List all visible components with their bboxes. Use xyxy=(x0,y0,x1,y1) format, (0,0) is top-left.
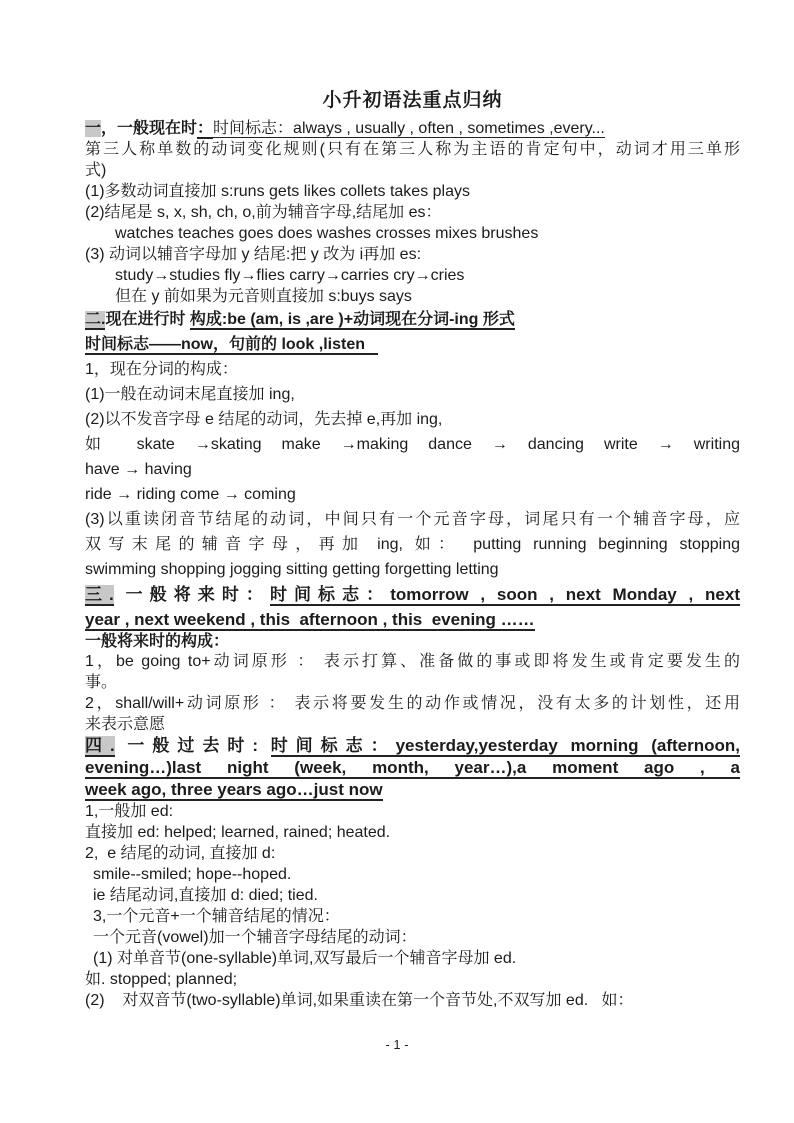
text-segment: evening…)last night (week, month, year…)… xyxy=(85,758,740,779)
text-segment: 事。 xyxy=(85,674,117,691)
text-segment: 如. stopped; planned; xyxy=(85,971,237,988)
document-line: 2, e 结尾的动词, 直接加 d: xyxy=(85,843,740,864)
page-number: - 1 - xyxy=(385,1037,408,1052)
document-line: (1)一般在动词末尾直接加 ing, xyxy=(85,382,740,407)
document-line: 一，一般现在时：时间标志：always , usually , often , … xyxy=(85,118,740,139)
text-segment: (1)一般在动词末尾直接加 ing, xyxy=(85,386,295,403)
document-page: 小升初语法重点归纳 一，一般现在时：时间标志：always , usually … xyxy=(0,0,794,1123)
page-footer: - 1 - xyxy=(0,1036,794,1054)
document-line: year , next weekend , this afternoon , t… xyxy=(85,607,740,632)
text-segment: 一 xyxy=(85,120,101,137)
text-segment: 时间标志：yesterday,yesterday morning (aftern… xyxy=(271,736,740,757)
text-segment: 1，be going to+动词原形 ： 表示打算、准备做的事或即将发生或肯定要… xyxy=(85,653,740,670)
text-segment: 如 skate →skating make →making dance → da… xyxy=(85,436,740,453)
document-line: (2) 对双音节(two-syllable)单词,如果重读在第一个音节处,不双写… xyxy=(85,990,740,1011)
text-segment: ride → riding come → coming xyxy=(85,486,296,503)
document-line: (2)以不发音字母 e 结尾的动词，先去掉 e,再加 ing, xyxy=(85,407,740,432)
document-line: watches teaches goes does washes crosses… xyxy=(85,223,740,244)
document-line: 事。 xyxy=(85,672,740,693)
document-line: 一个元音(vowel)加一个辅音字母结尾的动词： xyxy=(85,927,740,948)
text-segment: 时间标志：always , usually , often , sometime… xyxy=(213,120,605,138)
text-segment: 二. xyxy=(85,311,105,330)
document-line: 直接加 ed: helped; learned, rained; heated. xyxy=(85,822,740,843)
text-segment: (1) 对单音节(one-syllable)单词,双写最后一个辅音字母加 ed. xyxy=(93,950,516,967)
document-line: have → having xyxy=(85,457,740,482)
text-segment: (3) 动词以辅音字母加 y 结尾:把 y 改为 i再加 es: xyxy=(85,246,421,263)
document-line: evening…)last night (week, month, year…)… xyxy=(85,757,740,779)
text-segment: 双写末尾的辅音字母，再加 ing, 如： putting running beg… xyxy=(85,536,740,553)
document-line: 如. stopped; planned; xyxy=(85,969,740,990)
text-segment: 2, e 结尾的动词, 直接加 d: xyxy=(85,845,275,862)
document-line: 2，shall/will+动词原形 ： 表示将要发生的动作或情况，没有太多的计划… xyxy=(85,693,740,714)
text-segment: ： xyxy=(197,120,213,139)
document-line: (3) 动词以辅音字母加 y 结尾:把 y 改为 i再加 es: xyxy=(85,244,740,265)
document-body: 一，一般现在时：时间标志：always , usually , often , … xyxy=(85,118,740,1011)
text-segment: 构成:be (am, is ,are )+动词现在分词-ing 形式 xyxy=(190,311,515,330)
text-segment: 3,一个元音+一个辅音结尾的情况： xyxy=(93,908,340,925)
text-segment: 1，现在分词的构成： xyxy=(85,361,238,378)
document-line: 1,一般加 ed: xyxy=(85,801,740,822)
text-segment: 三. xyxy=(85,585,114,606)
document-line: 如 skate →skating make →making dance → da… xyxy=(85,432,740,457)
document-line: (3)以重读闭音节结尾的动词，中间只有一个元音字母，词尾只有一个辅音字母，应 xyxy=(85,507,740,532)
text-segment: 现在进行时 xyxy=(105,311,189,328)
document-line: 四. 一般过去时: 时间标志：yesterday,yesterday morni… xyxy=(85,735,740,757)
document-line: 第三人称单数的动词变化规则(只有在第三人称为主语的肯定句中，动词才用三单形 xyxy=(85,139,740,160)
text-segment: 直接加 ed: helped; learned, rained; heated. xyxy=(85,824,390,841)
document-line: study→studies fly→flies carry→carries cr… xyxy=(85,265,740,286)
text-segment: (1)多数动词直接加 s:runs gets likes collets tak… xyxy=(85,183,470,200)
document-line: 三. 一般将来时：时间标志：tomorrow , soon , next Mon… xyxy=(85,582,740,607)
text-segment: week ago, three years ago…just now xyxy=(85,780,383,801)
document-line: 来表示意愿 xyxy=(85,714,740,735)
text-segment: 时间标志——now，句前的 look ,listen xyxy=(85,336,378,355)
text-segment: 时间标志：tomorrow , soon , next Monday , nex… xyxy=(270,585,740,606)
document-line: 1，现在分词的构成： xyxy=(85,357,740,382)
text-segment: (2)结尾是 s, x, sh, ch, o,前为辅音字母,结尾加 es： xyxy=(85,204,442,221)
document-line: 1，be going to+动词原形 ： 表示打算、准备做的事或即将发生或肯定要… xyxy=(85,651,740,672)
text-segment: 一般将来时的构成： xyxy=(85,633,229,650)
text-segment: ie 结尾动词,直接加 d: died; tied. xyxy=(93,887,318,904)
text-segment: 1,一般加 ed: xyxy=(85,803,173,820)
text-segment: 一个元音(vowel)加一个辅音字母结尾的动词： xyxy=(93,929,417,946)
document-line: (1)多数动词直接加 s:runs gets likes collets tak… xyxy=(85,181,740,202)
text-segment: have → having xyxy=(85,461,192,478)
document-line: swimming shopping jogging sitting gettin… xyxy=(85,557,740,582)
document-line: ride → riding come → coming xyxy=(85,482,740,507)
text-segment: 但在 y 前如果为元音则直接加 s:buys says xyxy=(115,288,412,305)
text-segment: swimming shopping jogging sitting gettin… xyxy=(85,561,499,578)
document-line: (2)结尾是 s, x, sh, ch, o,前为辅音字母,结尾加 es： xyxy=(85,202,740,223)
text-segment: year , next weekend , this afternoon , t… xyxy=(85,610,535,631)
text-segment: (3)以重读闭音节结尾的动词，中间只有一个元音字母，词尾只有一个辅音字母，应 xyxy=(85,511,740,528)
text-segment: smile--smiled; hope--hoped. xyxy=(93,866,291,883)
page-title: 小升初语法重点归纳 xyxy=(85,90,740,111)
document-line: 3,一个元音+一个辅音结尾的情况： xyxy=(85,906,740,927)
document-line: 双写末尾的辅音字母，再加 ing, 如： putting running beg… xyxy=(85,532,740,557)
text-segment: (2) 对双音节(two-syllable)单词,如果重读在第一个音节处,不双写… xyxy=(85,992,634,1009)
text-segment: 来表示意愿 xyxy=(85,716,165,733)
text-segment: study→studies fly→flies carry→carries cr… xyxy=(115,267,464,284)
text-segment: 一般将来时： xyxy=(114,585,270,604)
text-segment: 第三人称单数的动词变化规则(只有在第三人称为主语的肯定句中，动词才用三单形 xyxy=(85,141,740,158)
text-segment: 四. xyxy=(85,736,115,757)
text-segment: 2，shall/will+动词原形 ： 表示将要发生的动作或情况，没有太多的计划… xyxy=(85,695,740,712)
text-segment: 一般过去时: xyxy=(115,736,271,755)
document-line: 二.现在进行时 构成:be (am, is ,are )+动词现在分词-ing … xyxy=(85,307,740,332)
text-segment: (2)以不发音字母 e 结尾的动词，先去掉 e,再加 ing, xyxy=(85,411,442,428)
document-line: ie 结尾动词,直接加 d: died; tied. xyxy=(85,885,740,906)
document-line: 时间标志——now，句前的 look ,listen xyxy=(85,332,740,357)
document-line: (1) 对单音节(one-syllable)单词,双写最后一个辅音字母加 ed. xyxy=(85,948,740,969)
document-line: 一般将来时的构成： xyxy=(85,632,740,651)
document-line: smile--smiled; hope--hoped. xyxy=(85,864,740,885)
document-line: 式) xyxy=(85,160,740,181)
document-line: week ago, three years ago…just now xyxy=(85,779,740,801)
text-segment: ，一般现在时 xyxy=(101,120,197,137)
document-line: 但在 y 前如果为元音则直接加 s:buys says xyxy=(85,286,740,307)
text-segment: 式) xyxy=(85,162,106,179)
text-segment: watches teaches goes does washes crosses… xyxy=(115,225,538,242)
